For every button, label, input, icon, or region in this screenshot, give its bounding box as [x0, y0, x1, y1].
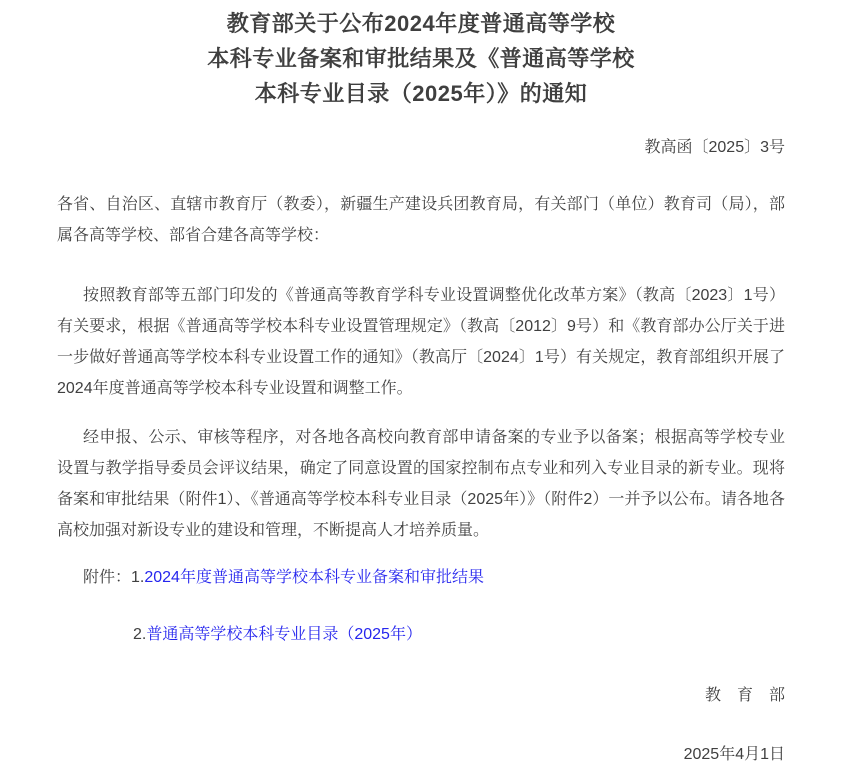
body-paragraph-2: 经申报、公示、审核等程序，对各地各高校向教育部申请备案的专业予以备案；根据高等学… [57, 422, 785, 546]
issue-date: 2025年4月1日 [57, 739, 785, 770]
attachment-2-link[interactable]: 普通高等学校本科专业目录（2025年） [146, 626, 422, 643]
attachment-1-prefix: 1. [131, 569, 144, 586]
title-line-3: 本科专业目录（2025年）》的通知 [57, 76, 785, 111]
issuing-authority: 教 育 部 [57, 680, 785, 711]
title-line-2: 本科专业备案和审批结果及《普通高等学校 [57, 41, 785, 76]
attachment-line-1: 附件：1.2024年度普通高等学校本科专业备案和审批结果 [57, 562, 785, 593]
attachments-label: 附件： [83, 569, 131, 586]
body-paragraph-1: 按照教育部等五部门印发的《普通高等教育学科专业设置调整优化改革方案》（教高〔20… [57, 280, 785, 404]
attachment-line-2: 2.普通高等学校本科专业目录（2025年） [57, 619, 785, 650]
attachment-1-link[interactable]: 2024年度普通高等学校本科专业备案和审批结果 [144, 569, 484, 586]
document-number: 教高函〔2025〕3号 [57, 138, 785, 158]
document-page: 教育部关于公布2024年度普通高等学校 本科专业备案和审批结果及《普通高等学校 … [0, 0, 864, 773]
salutation: 各省、自治区、直辖市教育厅（教委），新疆生产建设兵团教育局，有关部门（单位）教育… [57, 189, 785, 251]
document-title: 教育部关于公布2024年度普通高等学校 本科专业备案和审批结果及《普通高等学校 … [57, 6, 785, 111]
attachment-2-prefix: 2. [133, 626, 146, 643]
title-line-1: 教育部关于公布2024年度普通高等学校 [57, 6, 785, 41]
